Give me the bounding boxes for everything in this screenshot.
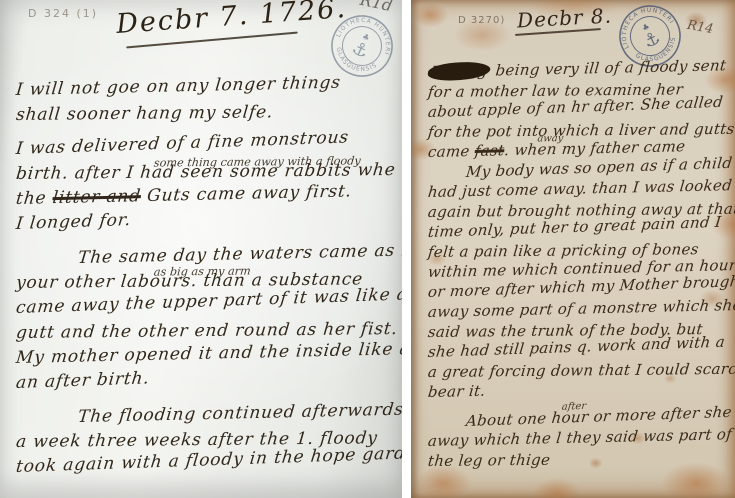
- manuscript-photo: D 324 (1) Decbr 7. 1726. R1d BIBLIOTHECA…: [0, 0, 735, 498]
- interlinear-insertion: some thing came away with a floody: [153, 148, 362, 175]
- manuscript-text: I will not goe on any longer thingsshall…: [16, 78, 396, 480]
- struck-word: Having: [427, 62, 491, 81]
- catalog-number: D 3270): [458, 15, 505, 26]
- interlinear-insertion: as big as my arm: [153, 259, 252, 285]
- manuscript-line: shall sooner hang my selfe.: [15, 99, 398, 128]
- shelf-mark: R14: [686, 18, 715, 37]
- struck-word: fast: [474, 141, 505, 160]
- manuscript-page-left: D 324 (1) Decbr 7. 1726. R1d BIBLIOTHECA…: [0, 0, 402, 498]
- manuscript-line: I will not goe on any longer things: [15, 69, 398, 103]
- anchor-icon: ⚓: [349, 37, 372, 63]
- interlinear-insertion: after: [561, 397, 587, 418]
- manuscript-line: The flooding continued afterwards. above: [77, 398, 398, 430]
- manuscript-page-right: D 3270) Decbr 8. R14 BIBLIOTHECA HUNTERI…: [411, 0, 735, 498]
- manuscript-text: Having being very ill of a floody sentfo…: [428, 62, 728, 471]
- manuscript-line: Having being very ill of a floody sent: [427, 55, 730, 82]
- date-heading: Decbr 7. 1726.: [115, 0, 348, 40]
- manuscript-line: the leg or thige: [427, 448, 729, 471]
- catalog-number: D 324 (1): [28, 7, 98, 20]
- anchor-icon: ⚓: [640, 27, 664, 53]
- struck-word: litter and: [52, 186, 142, 208]
- interlinear-insertion: away: [536, 129, 564, 150]
